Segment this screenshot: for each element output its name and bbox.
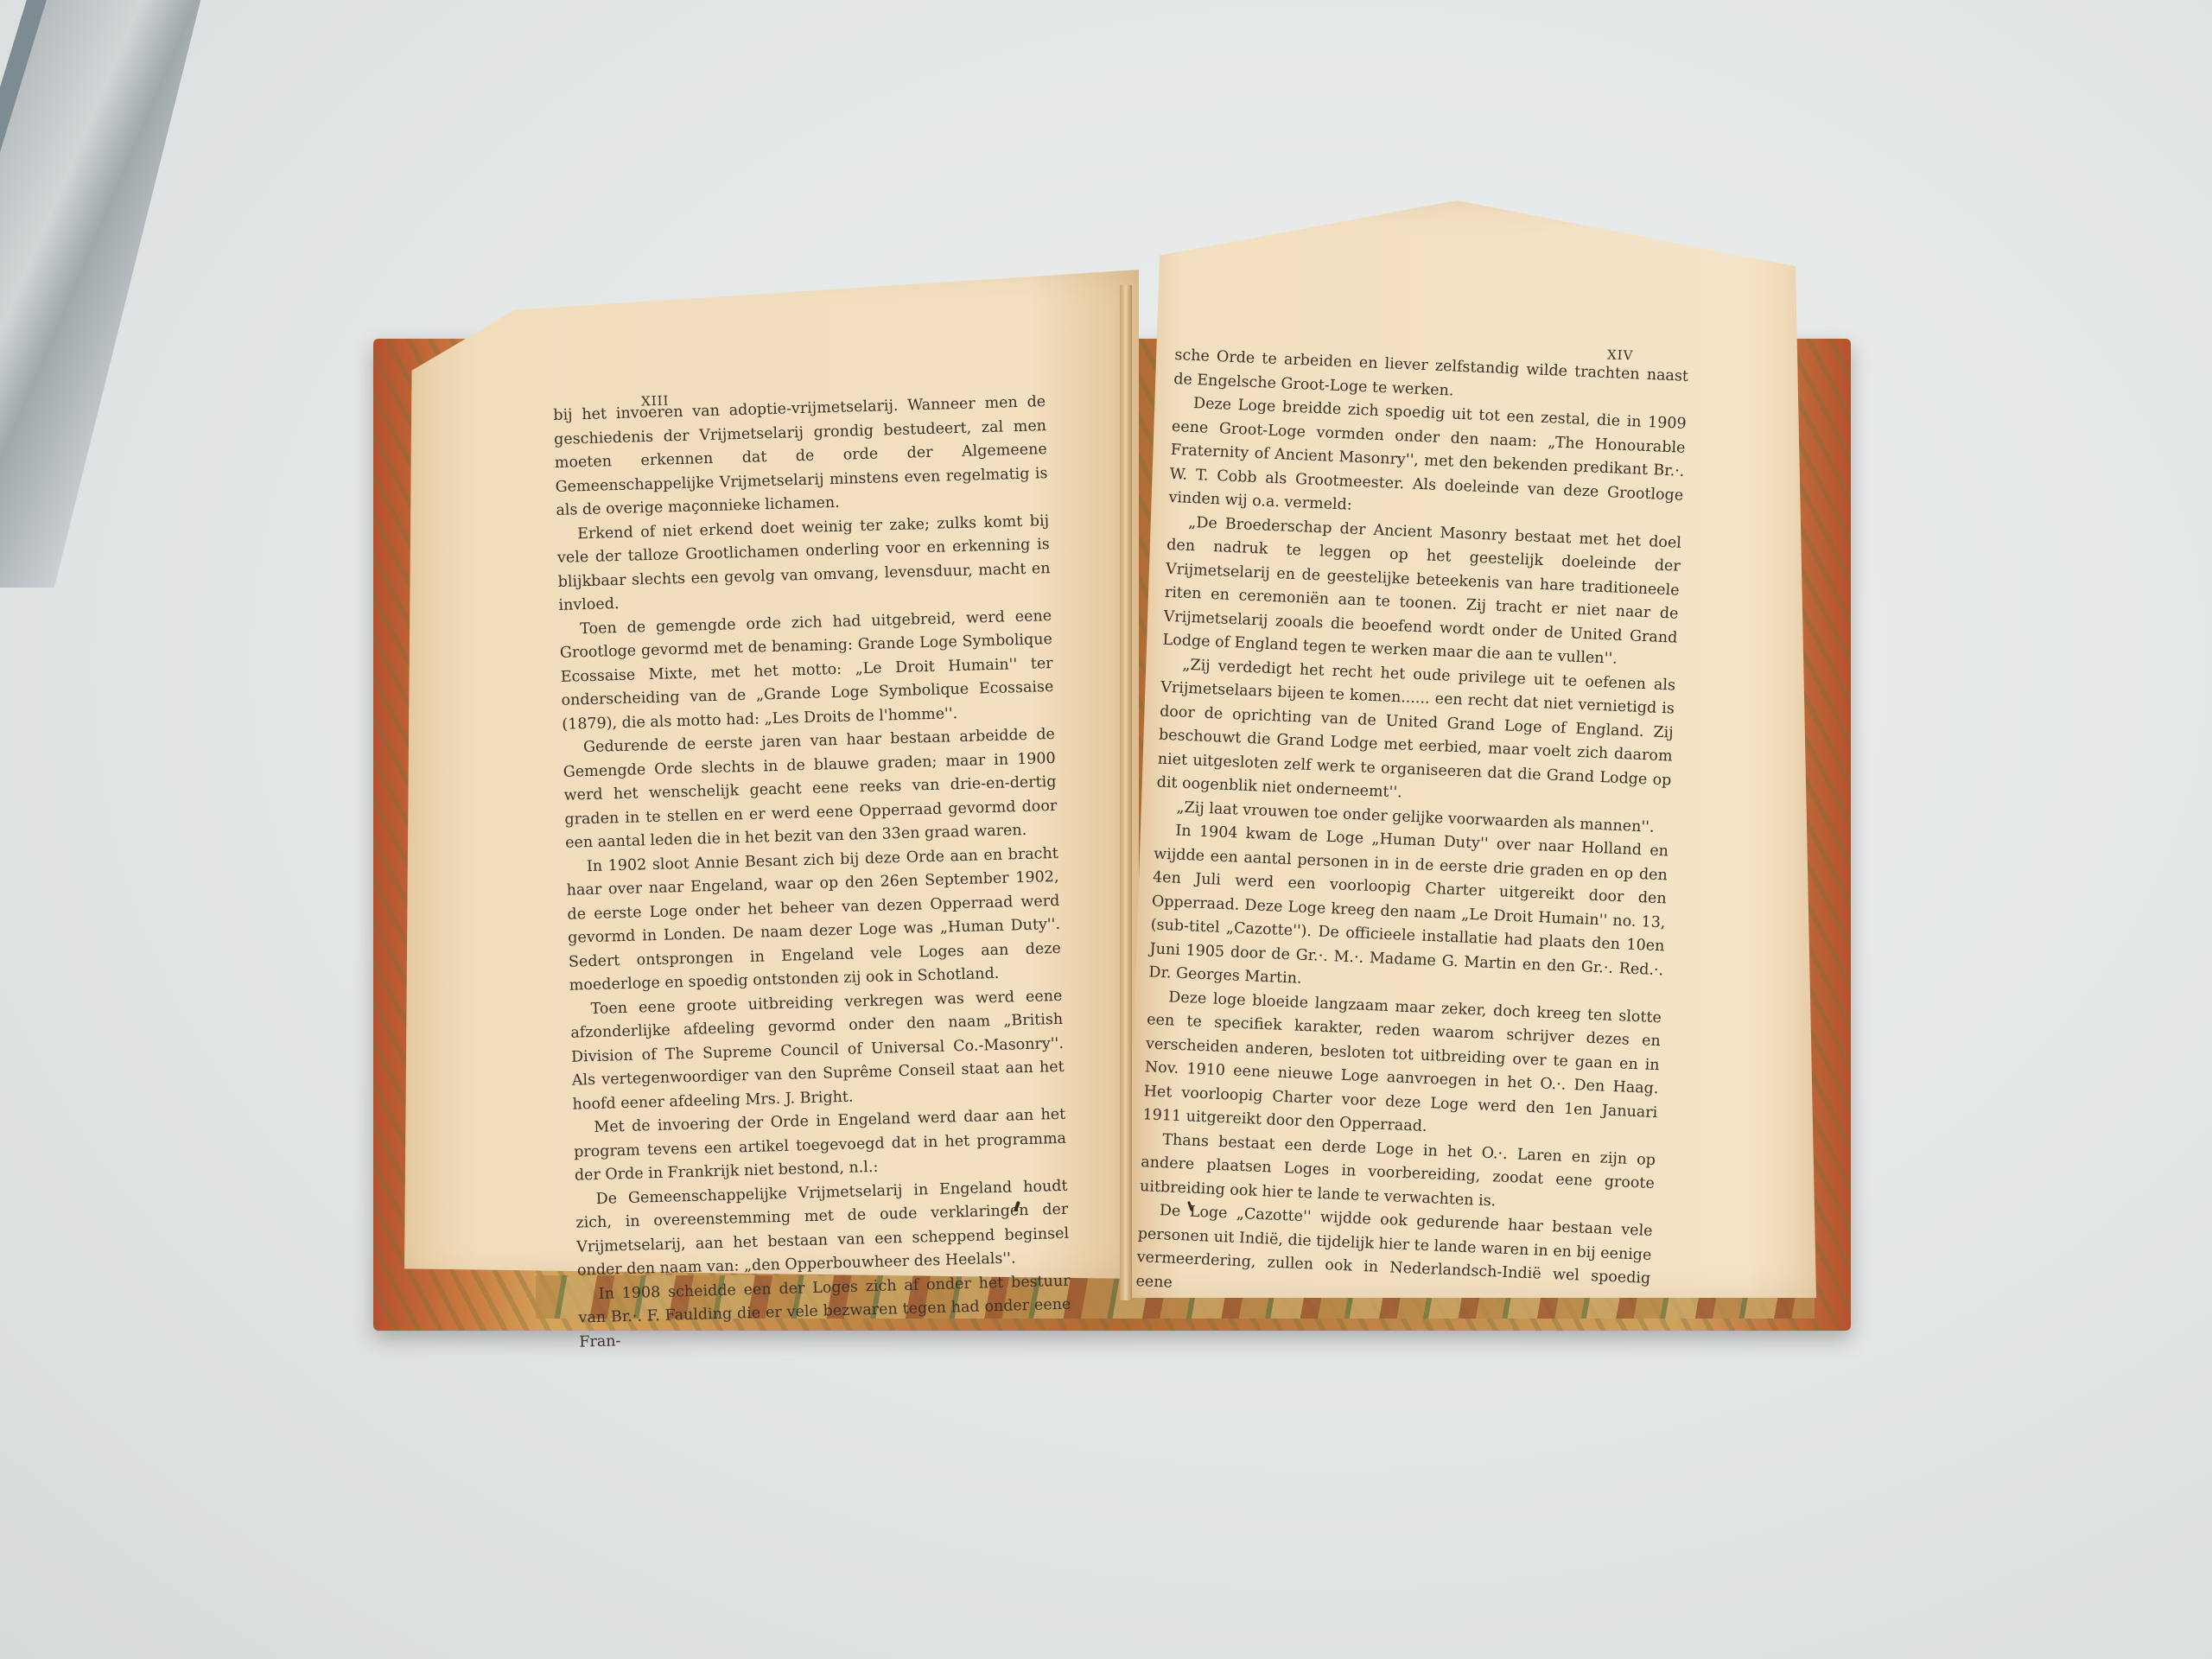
paragraph: In 1904 kwam de Loge „Human Duty'' over … (1148, 819, 1669, 1007)
paragraph: Toen de gemengde orde zich had uitgebrei… (559, 604, 1055, 736)
quote-paragraph: „Zij verdedigt het recht het oude privil… (1156, 652, 1675, 817)
paragraph: Deze Loge breidde zich spoedig uit tot e… (1168, 391, 1687, 531)
quoted-article: De Gemeenschappelijke Vrijmetselarij in … (575, 1174, 1070, 1283)
paragraph: Met de invoering der Orde in Engeland we… (573, 1103, 1067, 1188)
paragraph: Deze loge bloeide langzaam maar zeker, d… (1142, 985, 1662, 1149)
right-page-text: sche Orde te arbeiden en liever zelfstan… (1135, 344, 1689, 1315)
paragraph: In 1902 sloot Annie Besant zich bij deze… (566, 842, 1062, 998)
book-gutter (1120, 285, 1132, 1300)
page-number-right: XIV (1607, 346, 1634, 363)
paragraph: Toen eene groote uitbreiding verkregen w… (569, 984, 1065, 1116)
paragraph: In 1908 scheidde een der Loges zich af o… (577, 1269, 1071, 1354)
quote-paragraph: „De Broederschap der Ancient Masonry bes… (1162, 510, 1681, 674)
paragraph: Erkend of niet erkend doet weinig ter za… (556, 510, 1052, 619)
foil-wrap (0, 0, 205, 588)
paragraph: bij het invoeren van adoptie-vrijmetsela… (553, 391, 1049, 523)
left-page-text: bij het invoeren van adoptie-vrijmetsela… (553, 391, 1071, 1354)
paragraph: Gedurende de eerste jaren van haar besta… (563, 723, 1058, 855)
